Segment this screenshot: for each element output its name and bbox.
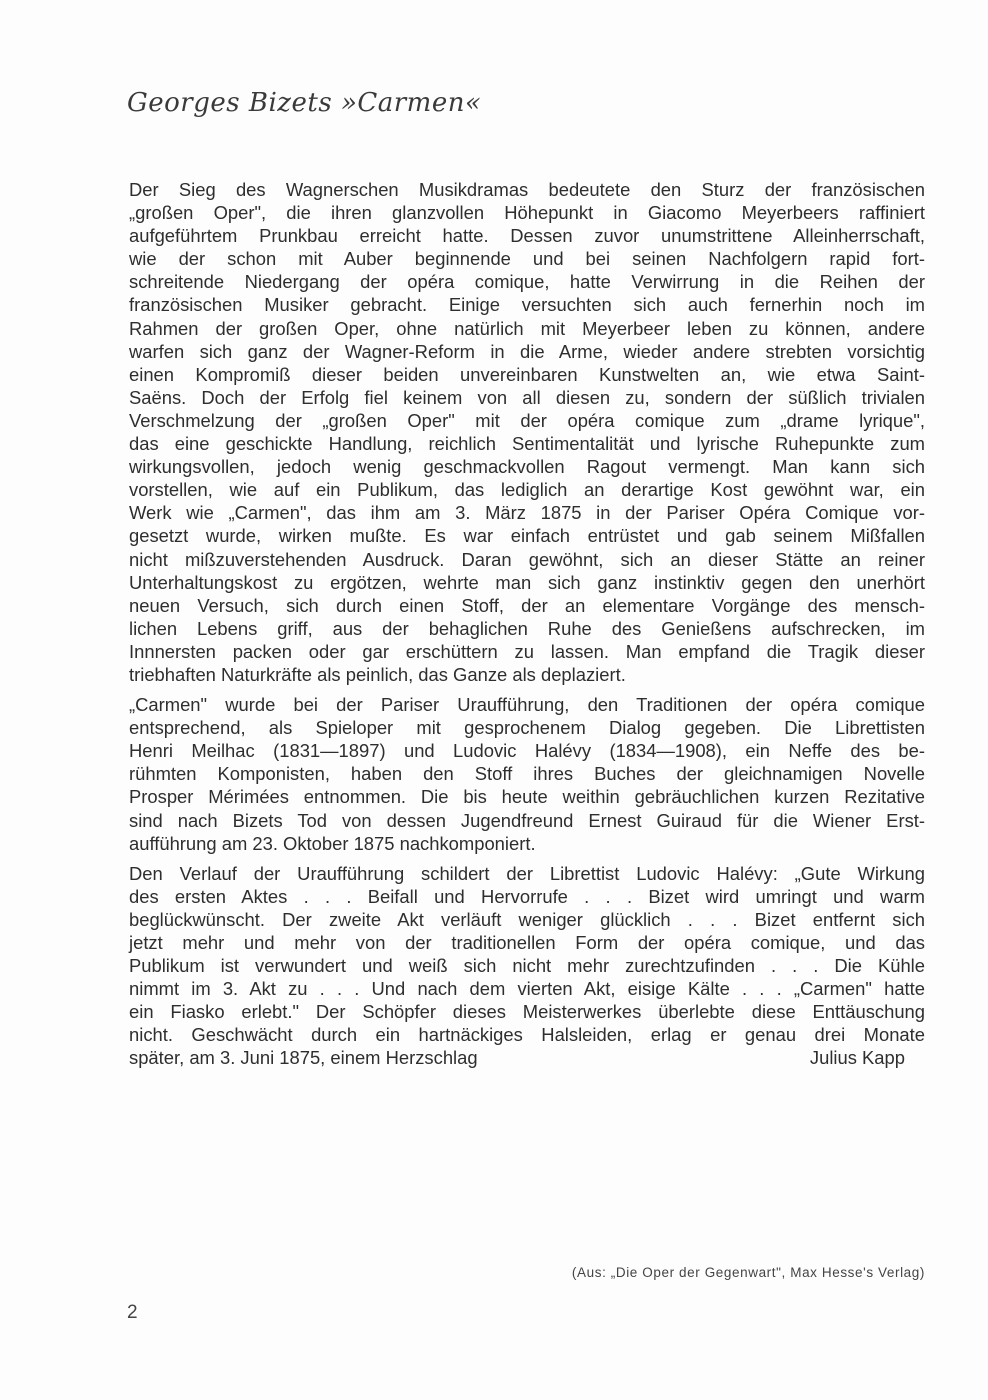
text-line: Unterhaltungskost zu ergötzen, wehrte ma… <box>129 571 925 594</box>
text-line: wie der schon mit Auber beginnende und b… <box>129 247 925 270</box>
source-citation: (Aus: „Die Oper der Gegenwart", Max Hess… <box>572 1265 925 1280</box>
text-line: ein Fiasko erlebt." Der Schöpfer dieses … <box>129 1000 925 1023</box>
text-line: „großen Oper", die ihren glanzvollen Höh… <box>129 201 925 224</box>
text-line: französischen Musiker gebracht. Einige v… <box>129 293 925 316</box>
text-line: jetzt mehr und mehr von der traditionell… <box>129 931 925 954</box>
text-line: warfen sich ganz der Wagner-Reform in di… <box>129 340 925 363</box>
text-line: aufgeführtem Prunkbau erreicht hatte. De… <box>129 224 925 247</box>
text-line: Den Verlauf der Uraufführung schildert d… <box>129 862 925 885</box>
text-line: wirkungsvollen, jedoch wenig geschmackvo… <box>129 455 925 478</box>
article-body: Der Sieg des Wagnerschen Musikdramas bed… <box>129 178 925 1070</box>
text-line: vorstellen, wie auf ein Publikum, das le… <box>129 478 925 501</box>
text-line: des ersten Aktes . . . Beifall und Hervo… <box>129 885 925 908</box>
text-line: Innnersten packen oder gar erschüttern z… <box>129 640 925 663</box>
page-number: 2 <box>127 1302 138 1324</box>
text-line: beglückwünscht. Der zweite Akt verläuft … <box>129 908 925 931</box>
text-line: neuen Versuch, sich durch einen Stoff, d… <box>129 594 925 617</box>
text-line: triebhaften Naturkräfte als peinlich, da… <box>129 663 925 686</box>
text-line: Verschmelzung der „großen Oper" mit der … <box>129 409 925 432</box>
paragraph-spacer <box>129 855 925 862</box>
text-line: nicht. Geschwächt durch ein hartnäckiges… <box>129 1023 925 1046</box>
paragraph-2: „Carmen" wurde bei der Pariser Uraufführ… <box>129 693 925 855</box>
text-line: lichen Lebens griff, aus der behaglichen… <box>129 617 925 640</box>
closing-line: später, am 3. Juni 1875, einem Herzschla… <box>129 1046 925 1069</box>
text-line: Publikum ist verwundert und weiß sich ni… <box>129 954 925 977</box>
paragraph-3: Den Verlauf der Uraufführung schildert d… <box>129 862 925 1070</box>
text-line: gesetzt wurde, wirken mußte. Es war einf… <box>129 524 925 547</box>
text-line: schreitende Niedergang der opéra comique… <box>129 270 925 293</box>
text-line: Henri Meilhac (1831—1897) und Ludovic Ha… <box>129 739 925 762</box>
text-line: einen Kompromiß dieser beiden unvereinba… <box>129 363 925 386</box>
paragraph-spacer <box>129 686 925 693</box>
text-line: nimmt im 3. Akt zu . . . Und nach dem vi… <box>129 977 925 1000</box>
text-line: später, am 3. Juni 1875, einem Herzschla… <box>129 1046 478 1069</box>
text-line: entsprechend, als Spieloper mit gesproch… <box>129 716 925 739</box>
text-line: rühmten Komponisten, haben den Stoff ihr… <box>129 762 925 785</box>
text-line: aufführung am 23. Oktober 1875 nachkompo… <box>129 832 925 855</box>
text-line: Rahmen der großen Oper, ohne natürlich m… <box>129 317 925 340</box>
page-title: Georges Bizets »Carmen« <box>127 88 481 118</box>
document-page: Georges Bizets »Carmen« Der Sieg des Wag… <box>0 0 988 1400</box>
text-line: Werk wie „Carmen", das ihm am 3. März 18… <box>129 501 925 524</box>
text-line: Prosper Mérimées entnommen. Die bis heut… <box>129 785 925 808</box>
text-line: Saëns. Doch der Erfolg fiel keinem von a… <box>129 386 925 409</box>
text-line: „Carmen" wurde bei der Pariser Uraufführ… <box>129 693 925 716</box>
author-signature: Julius Kapp <box>810 1046 925 1069</box>
text-line: das eine geschickte Handlung, reichlich … <box>129 432 925 455</box>
text-line: sind nach Bizets Tod von dessen Jugendfr… <box>129 809 925 832</box>
text-line: nicht mißzuverstehenden Ausdruck. Daran … <box>129 548 925 571</box>
paragraph-1: Der Sieg des Wagnerschen Musikdramas bed… <box>129 178 925 686</box>
text-line: Der Sieg des Wagnerschen Musikdramas bed… <box>129 178 925 201</box>
